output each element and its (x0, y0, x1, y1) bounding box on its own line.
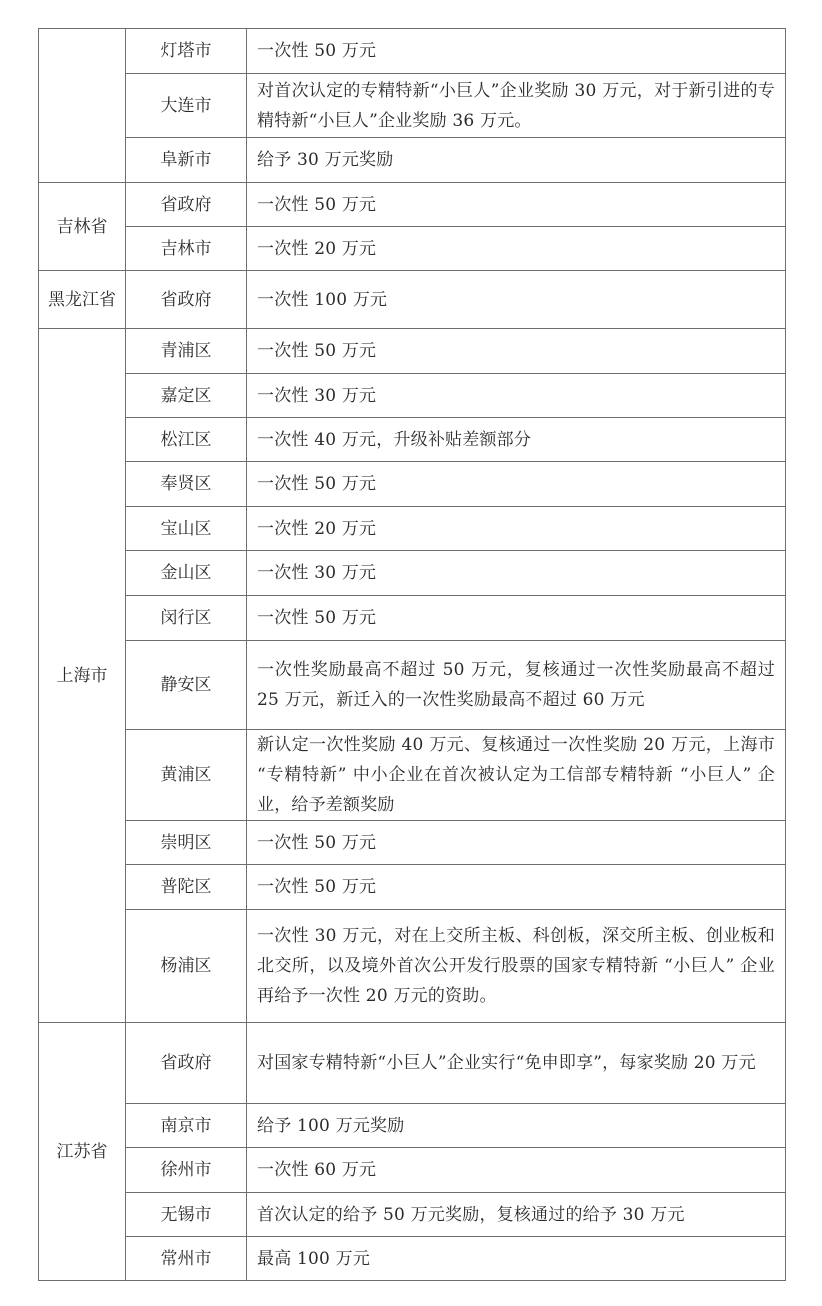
table-row: 江苏省省政府对国家专精特新“小巨人”企业实行“免申即享”，每家奖励 20 万元 (39, 1023, 786, 1104)
province-cell: 江苏省 (39, 1023, 126, 1281)
table-row: 普陀区一次性 50 万元 (39, 865, 786, 910)
province-cell: 上海市 (39, 329, 126, 1023)
policy-cell: 对国家专精特新“小巨人”企业实行“免申即享”，每家奖励 20 万元 (247, 1023, 786, 1104)
policy-cell: 一次性 50 万元 (247, 29, 786, 74)
table-row: 松江区一次性 40 万元，升级补贴差额部分 (39, 418, 786, 462)
city-cell: 南京市 (126, 1104, 247, 1148)
city-cell: 杨浦区 (126, 910, 247, 1023)
city-cell: 省政府 (126, 183, 247, 227)
city-cell: 省政府 (126, 1023, 247, 1104)
table-row: 大连市对首次认定的专精特新“小巨人”企业奖励 30 万元，对于新引进的专精特新“… (39, 74, 786, 138)
policy-cell: 一次性 20 万元 (247, 507, 786, 551)
city-cell: 常州市 (126, 1237, 247, 1281)
city-cell: 青浦区 (126, 329, 247, 374)
policy-cell: 新认定一次性奖励 40 万元、复核通过一次性奖励 20 万元，上海市 “专精特新… (247, 730, 786, 821)
subsidy-policy-table: 灯塔市一次性 50 万元大连市对首次认定的专精特新“小巨人”企业奖励 30 万元… (38, 28, 786, 1281)
policy-cell: 一次性 30 万元 (247, 374, 786, 418)
table-row: 杨浦区一次性 30 万元，对在上交所主板、科创板，深交所主板、创业板和北交所，以… (39, 910, 786, 1023)
policy-cell: 一次性 100 万元 (247, 271, 786, 329)
table-row: 灯塔市一次性 50 万元 (39, 29, 786, 74)
table-row: 徐州市一次性 60 万元 (39, 1148, 786, 1193)
policy-cell: 给予 30 万元奖励 (247, 138, 786, 183)
policy-cell: 一次性 50 万元 (247, 183, 786, 227)
city-cell: 徐州市 (126, 1148, 247, 1193)
policy-cell: 给予 100 万元奖励 (247, 1104, 786, 1148)
table-row: 阜新市给予 30 万元奖励 (39, 138, 786, 183)
table-row: 崇明区一次性 50 万元 (39, 821, 786, 865)
table-row: 吉林省省政府一次性 50 万元 (39, 183, 786, 227)
policy-cell: 一次性 50 万元 (247, 821, 786, 865)
table-row: 吉林市一次性 20 万元 (39, 227, 786, 271)
city-cell: 闵行区 (126, 596, 247, 641)
city-cell: 静安区 (126, 641, 247, 730)
policy-cell: 一次性 30 万元，对在上交所主板、科创板，深交所主板、创业板和北交所，以及境外… (247, 910, 786, 1023)
city-cell: 吉林市 (126, 227, 247, 271)
province-cell: 黑龙江省 (39, 271, 126, 329)
policy-cell: 首次认定的给予 50 万元奖励，复核通过的给予 30 万元 (247, 1193, 786, 1237)
table-row: 金山区一次性 30 万元 (39, 551, 786, 596)
province-cell (39, 29, 126, 183)
table-body: 灯塔市一次性 50 万元大连市对首次认定的专精特新“小巨人”企业奖励 30 万元… (39, 29, 786, 1281)
city-cell: 普陀区 (126, 865, 247, 910)
table-row: 无锡市首次认定的给予 50 万元奖励，复核通过的给予 30 万元 (39, 1193, 786, 1237)
city-cell: 省政府 (126, 271, 247, 329)
city-cell: 金山区 (126, 551, 247, 596)
city-cell: 宝山区 (126, 507, 247, 551)
city-cell: 崇明区 (126, 821, 247, 865)
table-row: 黄浦区新认定一次性奖励 40 万元、复核通过一次性奖励 20 万元，上海市 “专… (39, 730, 786, 821)
table-row: 宝山区一次性 20 万元 (39, 507, 786, 551)
table-row: 嘉定区一次性 30 万元 (39, 374, 786, 418)
policy-cell: 一次性 50 万元 (247, 596, 786, 641)
table-row: 上海市青浦区一次性 50 万元 (39, 329, 786, 374)
policy-cell: 一次性 30 万元 (247, 551, 786, 596)
city-cell: 阜新市 (126, 138, 247, 183)
city-cell: 奉贤区 (126, 462, 247, 507)
city-cell: 嘉定区 (126, 374, 247, 418)
table-row: 静安区一次性奖励最高不超过 50 万元，复核通过一次性奖励最高不超过 25 万元… (39, 641, 786, 730)
policy-cell: 对首次认定的专精特新“小巨人”企业奖励 30 万元，对于新引进的专精特新“小巨人… (247, 74, 786, 138)
policy-cell: 一次性 50 万元 (247, 865, 786, 910)
table-row: 南京市给予 100 万元奖励 (39, 1104, 786, 1148)
city-cell: 灯塔市 (126, 29, 247, 74)
table-row: 黑龙江省省政府一次性 100 万元 (39, 271, 786, 329)
policy-cell: 最高 100 万元 (247, 1237, 786, 1281)
table-row: 常州市最高 100 万元 (39, 1237, 786, 1281)
policy-cell: 一次性 40 万元，升级补贴差额部分 (247, 418, 786, 462)
policy-cell: 一次性奖励最高不超过 50 万元，复核通过一次性奖励最高不超过 25 万元，新迁… (247, 641, 786, 730)
policy-cell: 一次性 50 万元 (247, 462, 786, 507)
city-cell: 黄浦区 (126, 730, 247, 821)
policy-cell: 一次性 20 万元 (247, 227, 786, 271)
table-row: 闵行区一次性 50 万元 (39, 596, 786, 641)
city-cell: 松江区 (126, 418, 247, 462)
province-cell: 吉林省 (39, 183, 126, 271)
city-cell: 无锡市 (126, 1193, 247, 1237)
policy-cell: 一次性 60 万元 (247, 1148, 786, 1193)
policy-cell: 一次性 50 万元 (247, 329, 786, 374)
city-cell: 大连市 (126, 74, 247, 138)
table-row: 奉贤区一次性 50 万元 (39, 462, 786, 507)
